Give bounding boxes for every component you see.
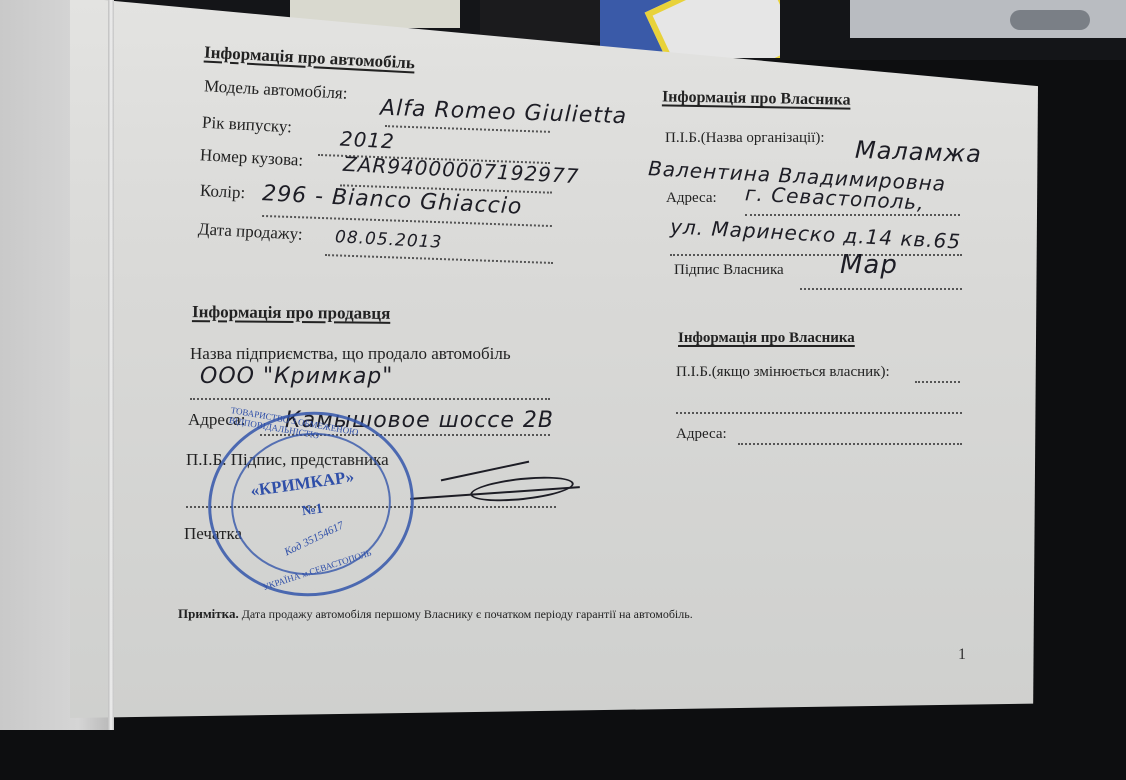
model-value: Alfa Romeo Giulietta bbox=[380, 96, 628, 130]
color-label: Колір: bbox=[200, 181, 246, 203]
new-owner-name-label: П.І.Б.(якщо змінюється власник): bbox=[676, 364, 890, 381]
new-owner-name-dotted-line bbox=[915, 381, 960, 383]
seller-company-value: ООО "Кримкар" bbox=[200, 364, 393, 389]
new-owner-info-heading: Інформація про Власника bbox=[678, 330, 855, 347]
page-number: 1 bbox=[958, 646, 966, 664]
note-text: Дата продажу автомобіля першому Власнику… bbox=[239, 607, 693, 621]
seller-info-heading: Інформація про продавця bbox=[192, 302, 391, 324]
sale-date-label: Дата продажу: bbox=[198, 219, 304, 244]
seller-signature-loop bbox=[469, 473, 575, 506]
warranty-booklet-page: Інформація про автомобіль Модель автомоб… bbox=[0, 0, 1126, 780]
model-label: Модель автомобіля: bbox=[204, 76, 348, 103]
owner-address-label: Адреса: bbox=[666, 190, 717, 207]
seller-company-dotted-line bbox=[190, 398, 550, 400]
new-owner-name-dotted-line-2 bbox=[676, 412, 962, 414]
owner-address-value-street: ул. Маринеско д.14 кв.65 bbox=[670, 214, 962, 253]
owner-signature-label: Підпис Власника bbox=[674, 262, 784, 279]
model-dotted-line bbox=[385, 125, 550, 133]
year-value: 2012 bbox=[339, 127, 395, 154]
new-owner-address-label: Адреса: bbox=[676, 426, 727, 443]
warranty-note: Примітка. Дата продажу автомобіля першом… bbox=[178, 606, 693, 622]
sale-date-value: 08.05.2013 bbox=[335, 227, 443, 253]
owner-signature-dotted-line bbox=[800, 288, 962, 290]
owner-address-dotted-line-2 bbox=[670, 254, 962, 256]
stamp-company-name: «КРИМКАР» bbox=[249, 467, 355, 501]
body-number-value: ZAR94000007192977 bbox=[343, 152, 580, 188]
year-label: Рік випуску: bbox=[202, 113, 293, 138]
body-number-label: Номер кузова: bbox=[200, 145, 304, 170]
owner-signature: Мар bbox=[840, 250, 898, 280]
stamp-code: Код 35154617 bbox=[283, 519, 346, 558]
note-label: Примітка. bbox=[178, 606, 239, 621]
stamp-ring-bottom-text: УКРАЇНА м.СЕВАСТОПОЛЬ bbox=[261, 547, 372, 592]
owner-address-dotted-line bbox=[745, 214, 960, 216]
owner-name-label: П.І.Б.(Назва організації): bbox=[665, 130, 825, 147]
color-value: 296 - Bianco Ghiaccio bbox=[262, 181, 523, 220]
car-info-heading: Інформація про автомобіль bbox=[204, 42, 416, 73]
seller-company-label: Назва підприємства, що продало автомобіл… bbox=[190, 344, 511, 364]
stamp-number: №1 bbox=[301, 501, 324, 520]
sale-date-dotted-line bbox=[325, 254, 553, 264]
owner-name-value-surname: Маламжа bbox=[855, 136, 983, 168]
owner-info-heading: Інформація про Власника bbox=[662, 88, 851, 109]
new-owner-address-dotted-line bbox=[738, 443, 962, 445]
